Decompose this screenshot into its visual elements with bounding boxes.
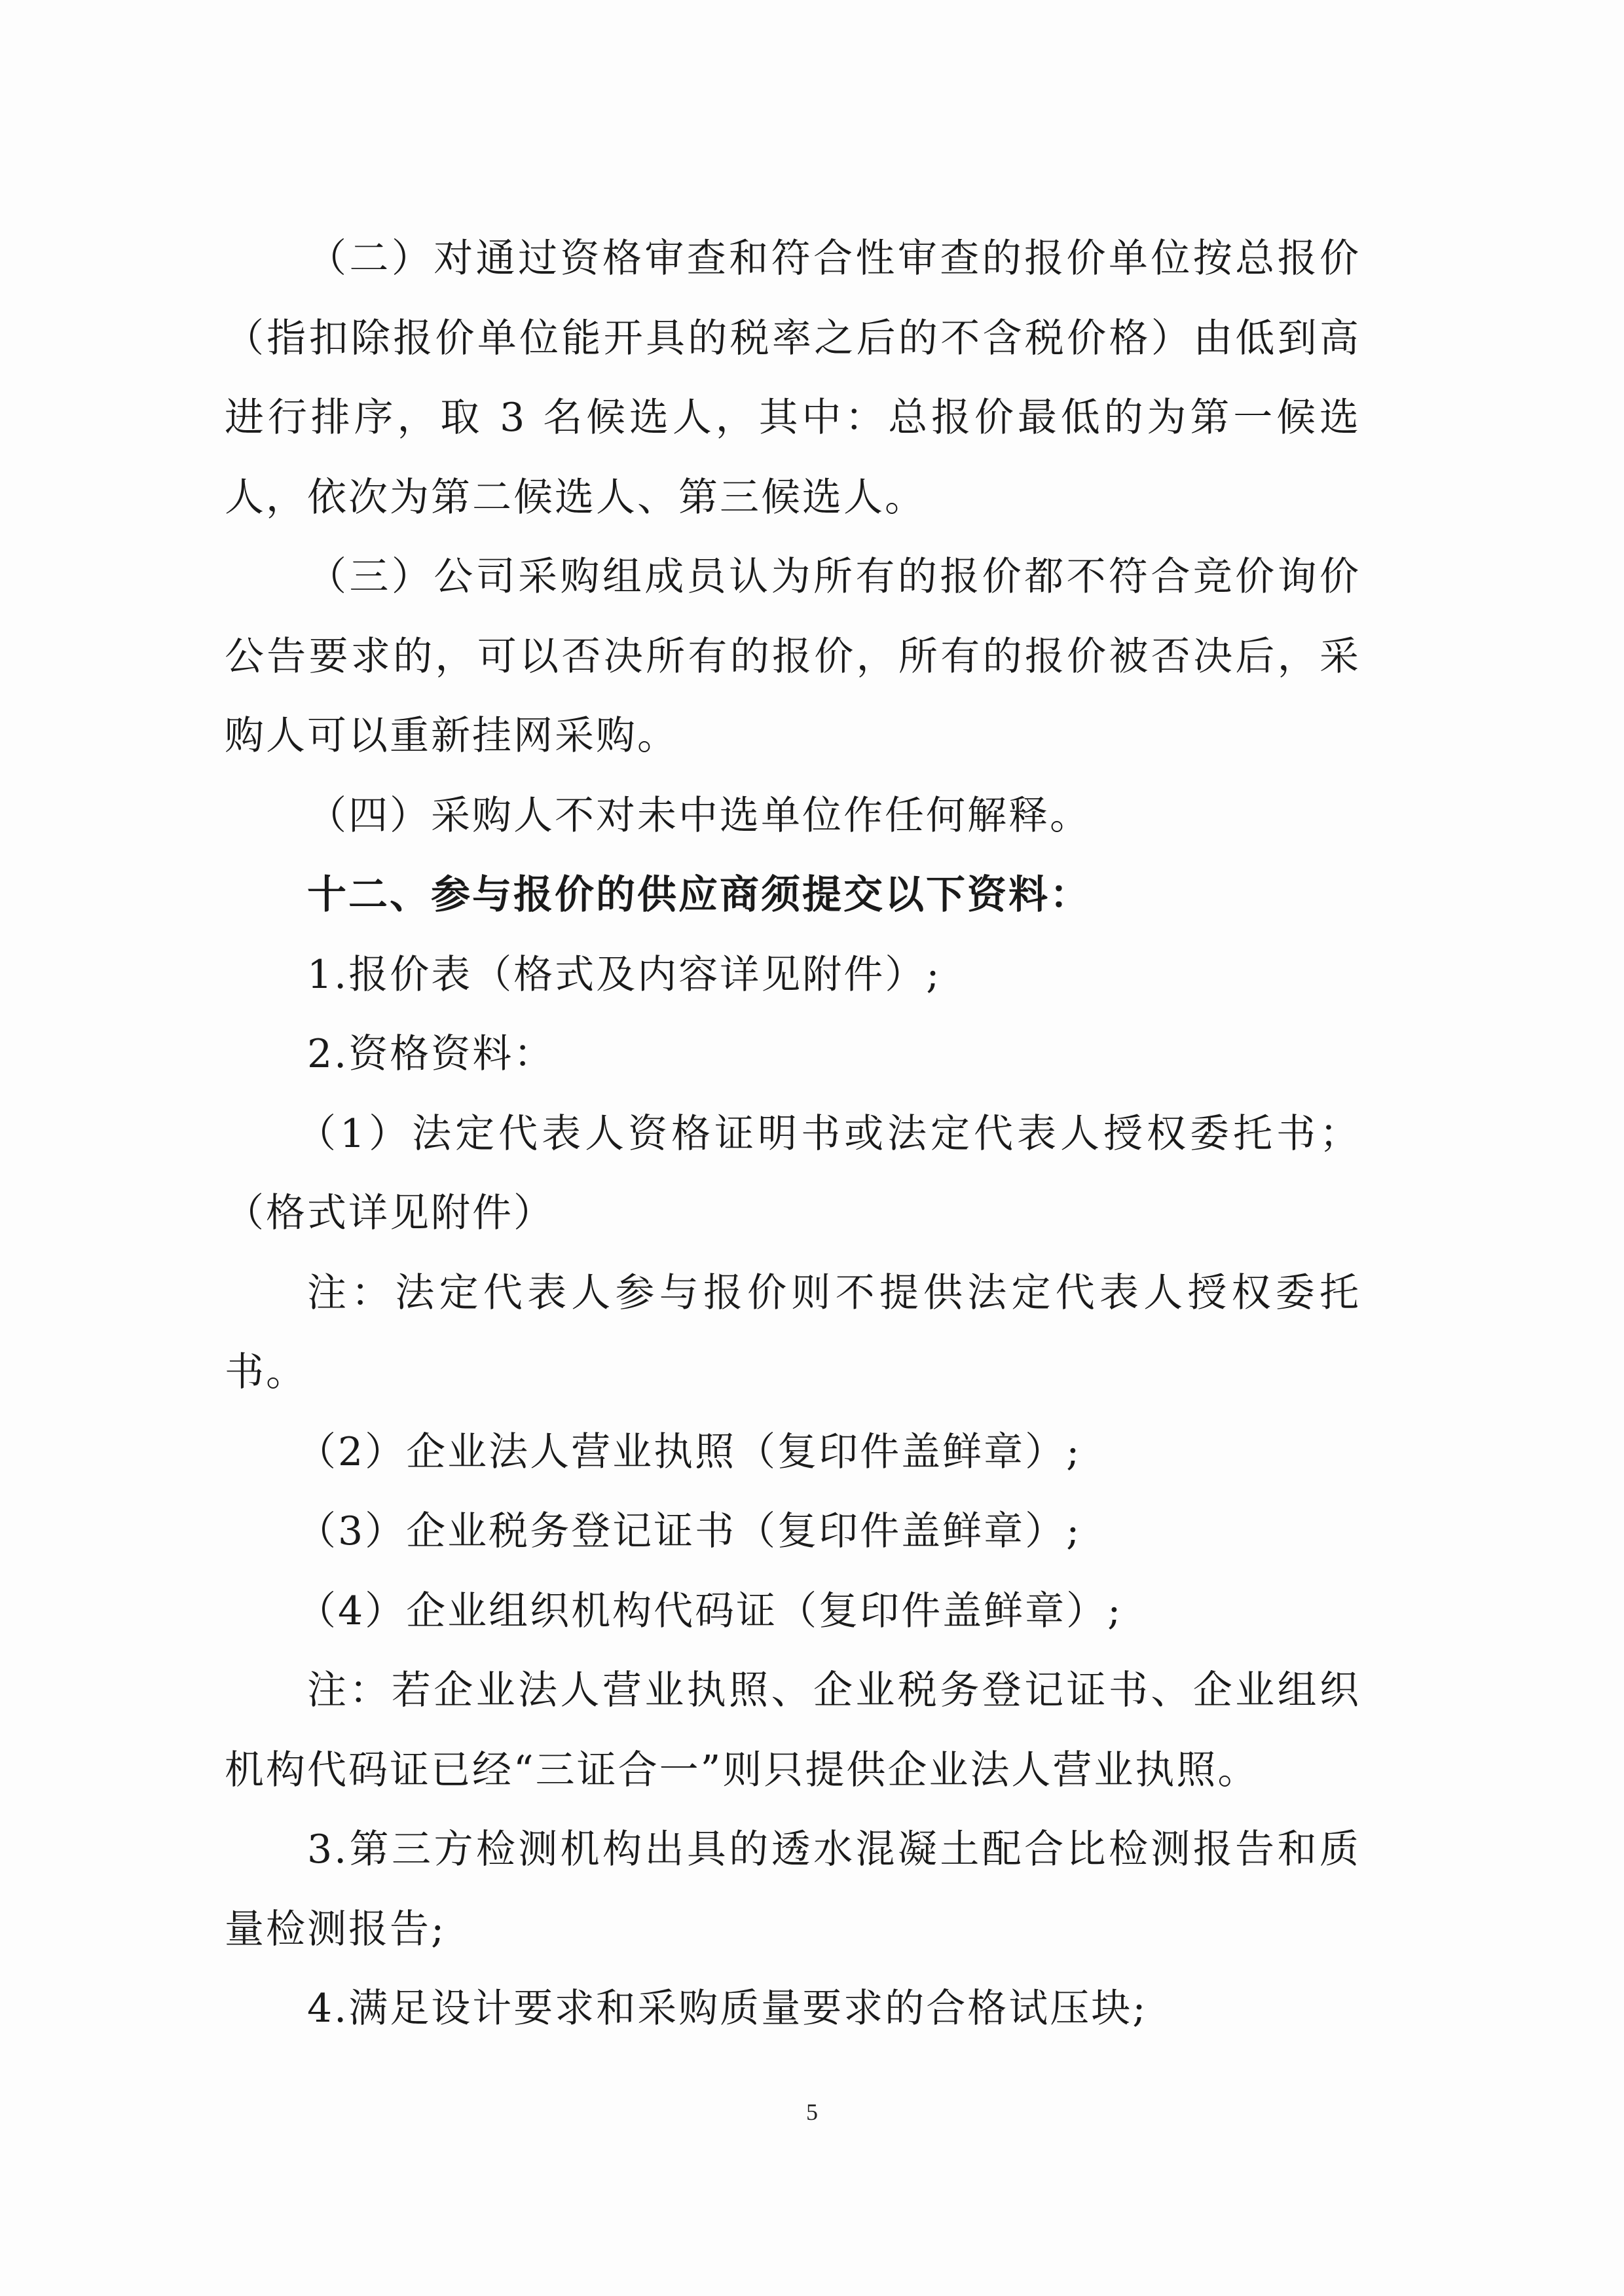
section-heading-12: 十二、参与报价的供应商须提交以下资料： xyxy=(225,856,1361,936)
paragraph-ranking-rule: （二）对通过资格审查和符合性审查的报价单位按总报价（指扣除报价单位能开具的税率之… xyxy=(225,219,1361,538)
note-legal-rep: 注：法定代表人参与报价则不提供法定代表人授权委托书。 xyxy=(225,1254,1361,1413)
sub-item-legal-rep: （1）法定代表人资格证明书或法定代表人授权委托书；（格式详见附件） xyxy=(225,1095,1361,1254)
document-page: （二）对通过资格审查和符合性审查的报价单位按总报价（指扣除报价单位能开具的税率之… xyxy=(0,0,1624,2296)
list-item-test-block: 4.满足设计要求和采购质量要求的合格试压块; xyxy=(225,1969,1361,2049)
list-item-qualification: 2.资格资料： xyxy=(225,1015,1361,1095)
sub-item-tax-certificate: （3）企业税务登记证书（复印件盖鲜章）; xyxy=(225,1492,1361,1572)
sub-item-business-license: （2）企业法人营业执照（复印件盖鲜章）; xyxy=(225,1413,1361,1493)
page-number: 5 xyxy=(0,2098,1624,2126)
paragraph-no-explanation: （四）采购人不对未中选单位作任何解释。 xyxy=(225,776,1361,856)
list-item-test-report: 3.第三方检测机构出具的透水混凝土配合比检测报告和质量检测报告; xyxy=(225,1810,1361,1969)
sub-item-org-code: （4）企业组织机构代码证（复印件盖鲜章）; xyxy=(225,1572,1361,1652)
list-item-quote-form: 1.报价表（格式及内容详见附件）; xyxy=(225,936,1361,1015)
paragraph-reject-all: （三）公司采购组成员认为所有的报价都不符合竞价询价公告要求的，可以否决所有的报价… xyxy=(225,538,1361,776)
document-body: （二）对通过资格审查和符合性审查的报价单位按总报价（指扣除报价单位能开具的税率之… xyxy=(225,219,1361,2049)
note-three-in-one: 注：若企业法人营业执照、企业税务登记证书、企业组织机构代码证已经“三证合一”则只… xyxy=(225,1651,1361,1810)
